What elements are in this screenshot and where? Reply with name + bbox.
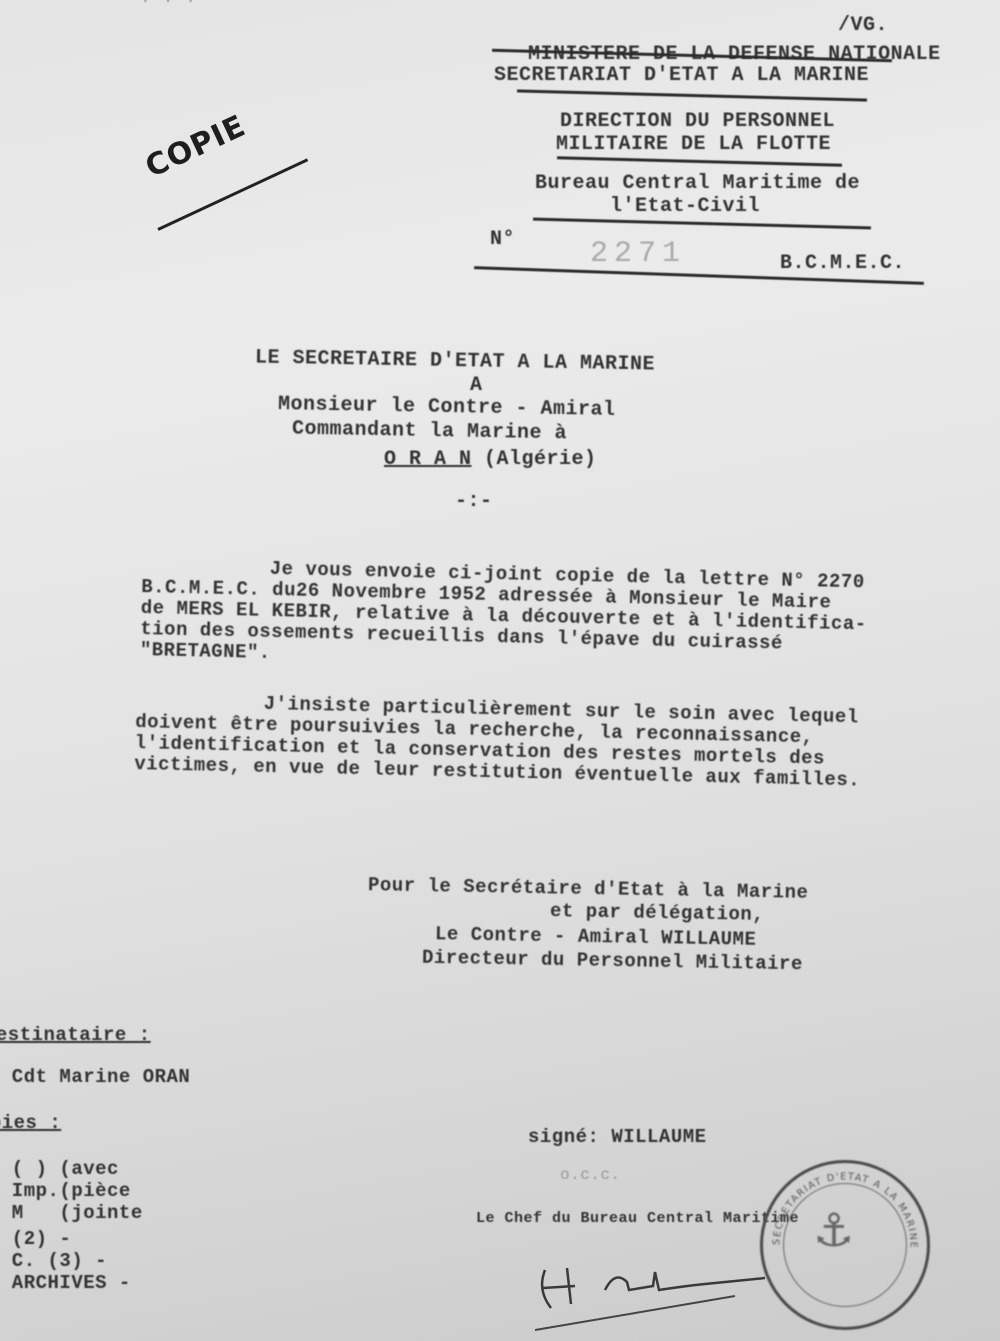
recipient-line-2: Commandant la Marine à [292, 418, 567, 446]
bureau-line-2: l'Etat-Civil [610, 195, 760, 218]
faint-top-text: . . . [140, 0, 197, 8]
bureau-abbrev: B.C.M.E.C. [780, 252, 905, 275]
direction-line-2: MILITAIRE DE LA FLOTTE [556, 133, 831, 156]
recipient-city: O R A N [384, 448, 472, 471]
number-label: N° [490, 228, 515, 251]
header-rule-2 [517, 89, 867, 101]
body-paragraph-2: J'insiste particulièrement sur le soin a… [134, 690, 862, 790]
direction-line-1: DIRECTION DU PERSONNEL [560, 110, 835, 133]
copies-line: - C. (3) - [0, 1250, 143, 1272]
seal-text: SECRETARIAT D'ETAT A LA MARINE [771, 1171, 918, 1249]
handwritten-signature-icon [535, 1260, 795, 1340]
copies-line: - Imp.(pièce [0, 1180, 143, 1202]
header-rule-3 [557, 156, 842, 166]
copies-line: - ( ) (avec [0, 1158, 143, 1180]
document-page: . . . MINISTERE DE LA DEFENSE NATIONALE … [0, 0, 1000, 1341]
initials: o.c.c. [560, 1166, 621, 1184]
sender-line: LE SECRETAIRE D'ETAT A LA MARINE [255, 347, 655, 377]
signed-line: signé: WILLAUME [528, 1126, 707, 1148]
signature-line-3: Le Contre - Amiral WILLAUME [435, 923, 757, 951]
copies-label-text: Copies : [0, 1112, 61, 1134]
body-paragraph-1: Je vous envoie ci-joint copie de la lett… [140, 555, 868, 676]
signature-line-2: et par délégation, [550, 900, 765, 926]
seal-text-ring: SECRETARIAT D'ETAT A LA MARINE [763, 1163, 927, 1327]
separator: -:- [455, 490, 493, 513]
recipient-city-line: O R A N (Algérie) [384, 448, 597, 471]
secretariat-heading: SECRETARIAT D'ETAT A LA MARINE [494, 64, 869, 87]
official-seal: ⚓ SECRETARIAT D'ETAT A LA MARINE [760, 1160, 930, 1330]
destinataire-value: - Cdt Marine ORAN [0, 1066, 190, 1088]
to-prefix: A [470, 374, 483, 397]
copies-line: (2) - [0, 1228, 143, 1250]
copies-line: - M (jointe [0, 1202, 143, 1228]
destinataire-label-text: Destinataire : [0, 1024, 151, 1046]
recipient-country: (Algérie) [484, 448, 597, 471]
destinataire-label: Destinataire : [0, 1024, 151, 1046]
copies-list: - ( ) (avec - Imp.(pièce - M (jointe (2)… [0, 1158, 143, 1294]
copies-label: Copies : [0, 1112, 61, 1134]
bureau-line-1: Bureau Central Maritime de [535, 172, 860, 195]
ministry-suffix: /VG. [838, 14, 888, 37]
bureau-chief-line: Le Chef du Bureau Central Maritime [476, 1210, 799, 1227]
svg-text:SECRETARIAT D'ETAT A LA MARINE: SECRETARIAT D'ETAT A LA MARINE [771, 1171, 918, 1249]
copies-line: - ARCHIVES - [0, 1272, 143, 1294]
signature-line-1: Pour le Secrétaire d'Etat à la Marine [368, 874, 809, 904]
header-rule-4 [533, 218, 871, 230]
copie-stamp: COPIE [140, 108, 251, 185]
reference-number: 2271 [590, 237, 686, 271]
signature-line-4: Directeur du Personnel Militaire [422, 947, 803, 976]
